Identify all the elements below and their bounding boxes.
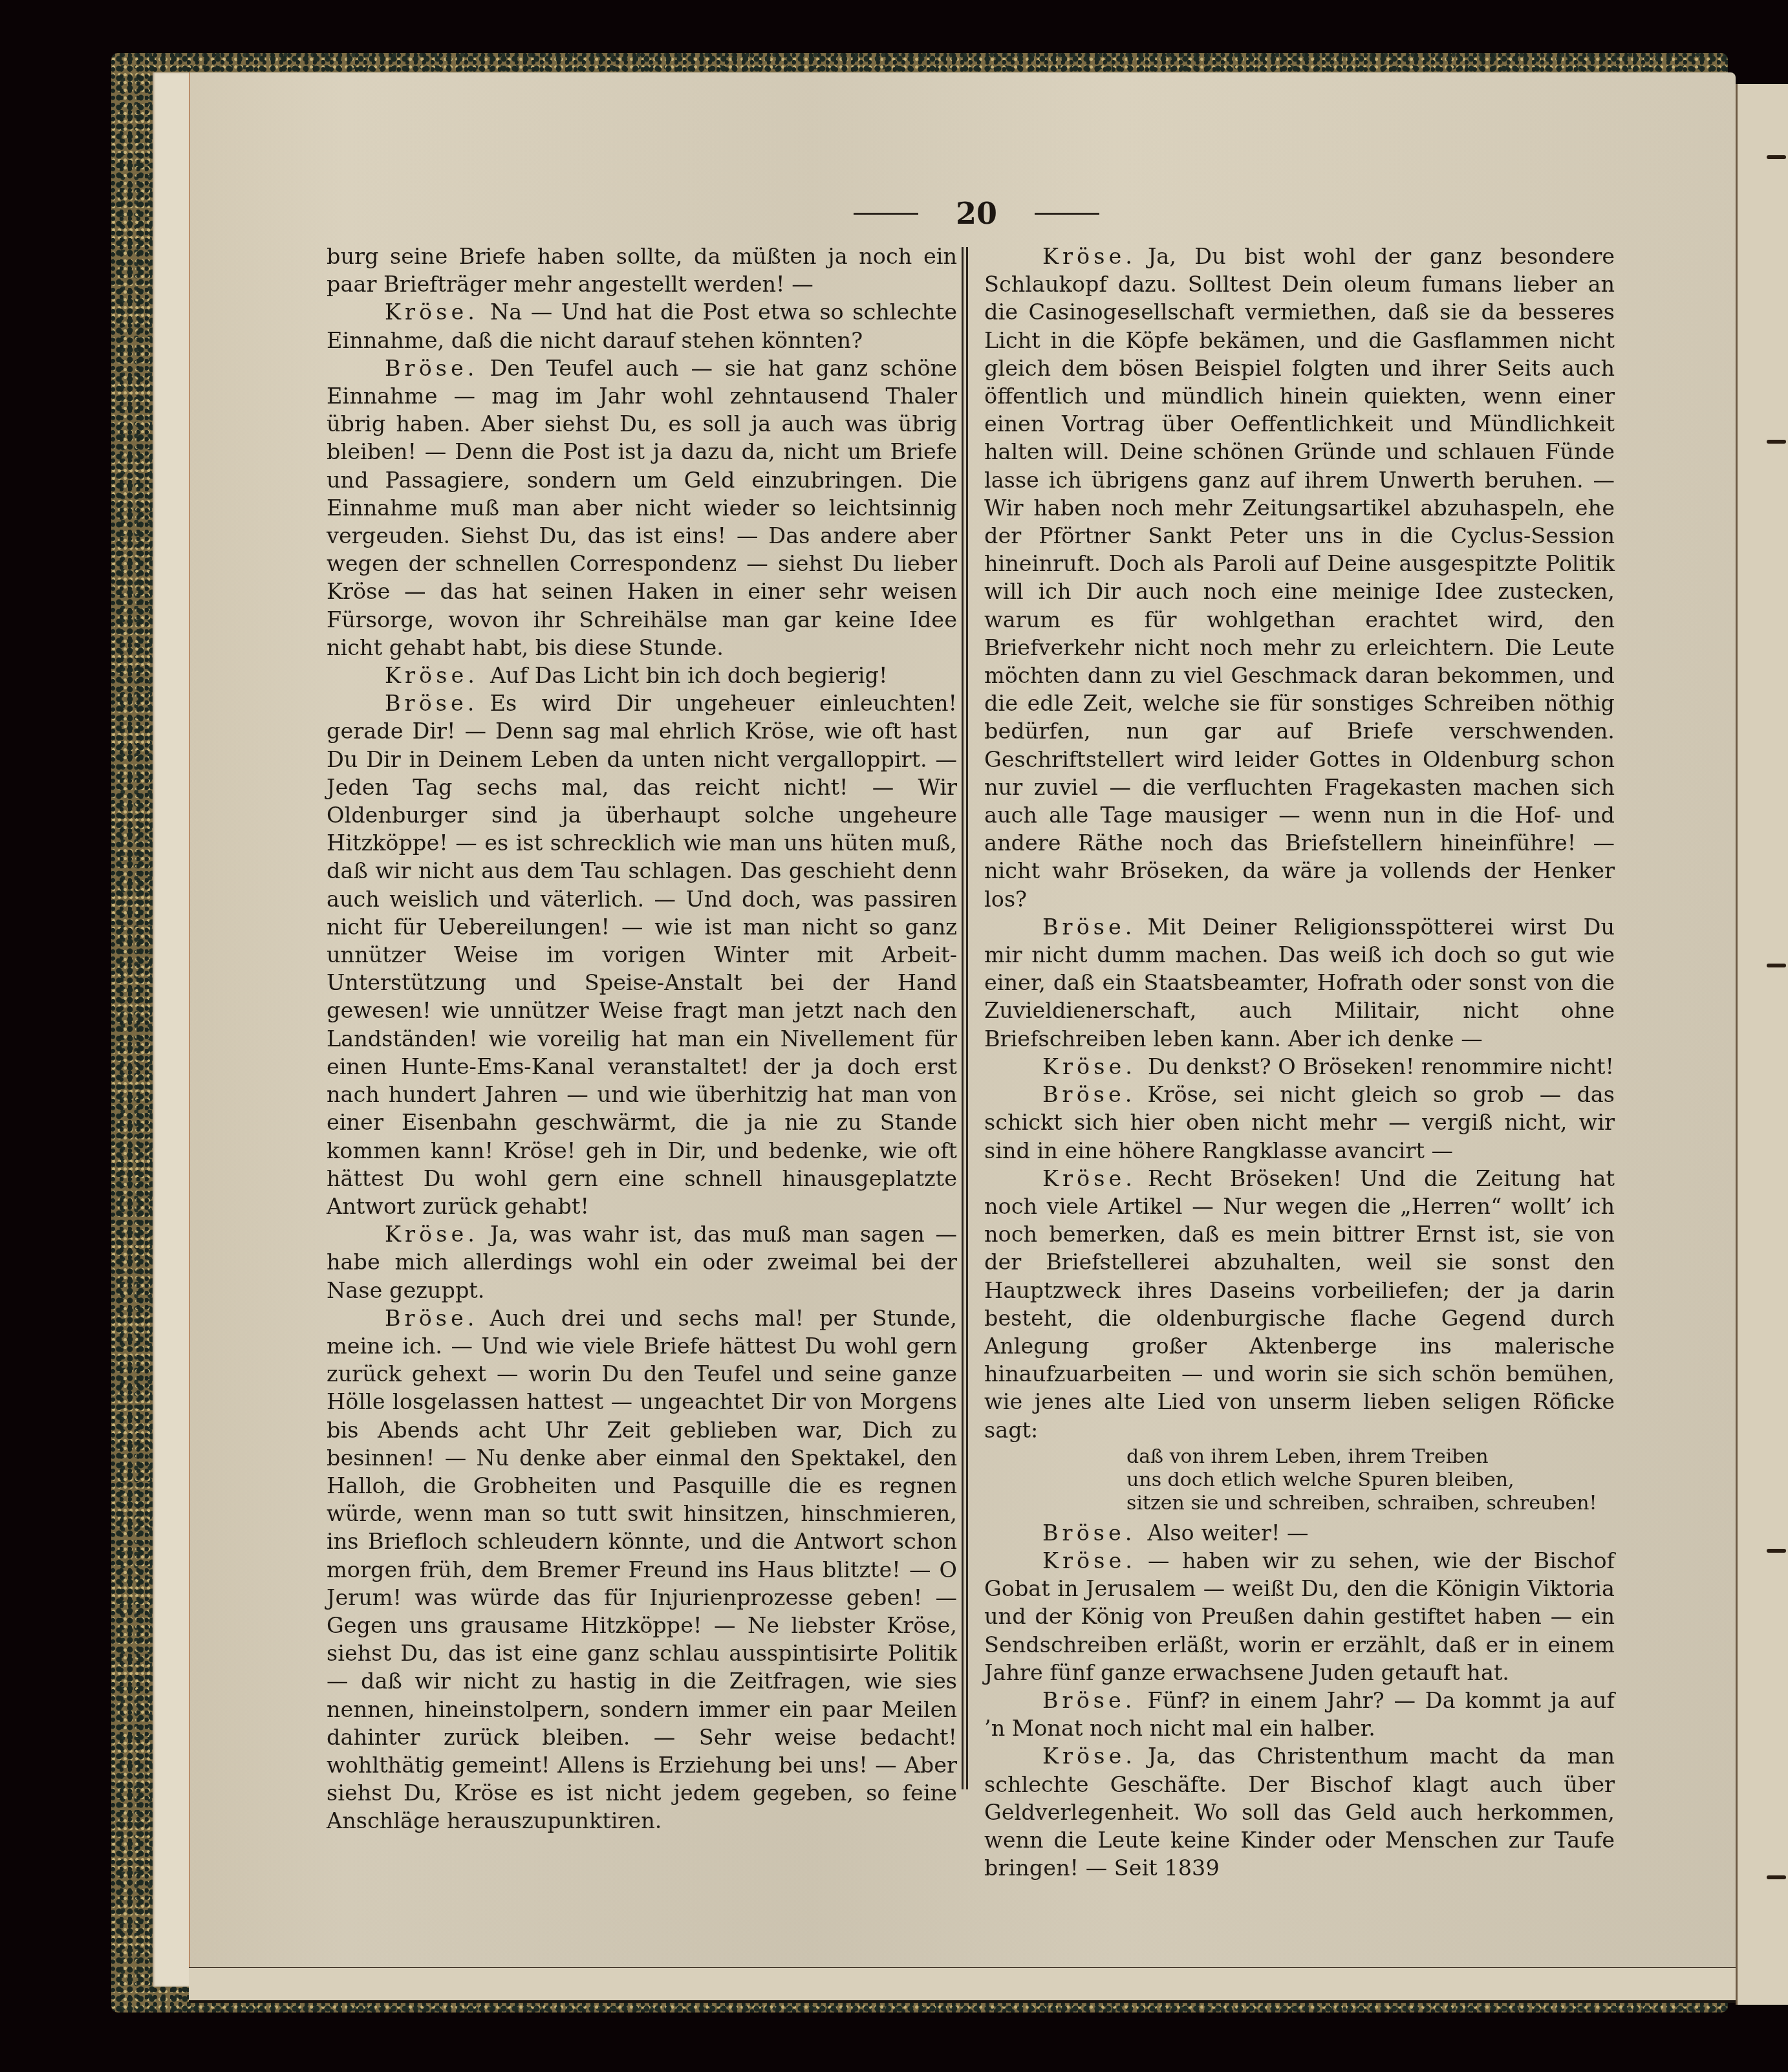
- speaker-name: Kröse.: [385, 1222, 479, 1247]
- paragraph-text: burg seine Briefe haben sollte, da müßte…: [327, 244, 957, 297]
- verse-line: sitzen sie und schreiben, schraiben, sch…: [1126, 1492, 1615, 1515]
- dialogue-paragraph: Kröse.Auf Das Licht bin ich doch begieri…: [327, 662, 957, 689]
- dialogue-paragraph: Bröse.Kröse, sei nicht gleich so grob — …: [984, 1081, 1615, 1165]
- paragraph-text: Recht Bröseken! Und die Zeitung hat noch…: [984, 1166, 1615, 1443]
- paragraph-text: Also weiter! —: [1147, 1520, 1308, 1546]
- binding-stitch: [1767, 1549, 1786, 1553]
- verse-line: daß von ihrem Leben, ihrem Treiben: [1126, 1445, 1615, 1469]
- verse-line: uns doch etlich welche Spuren bleiben,: [1126, 1469, 1615, 1492]
- binding-stitch: [1767, 155, 1786, 159]
- speaker-name: Kröse.: [1042, 244, 1136, 269]
- dialogue-paragraph: Bröse.Es wird Dir ungeheuer einleuchten!…: [327, 689, 957, 1220]
- verse-quote: daß von ihrem Leben, ihrem Treibenuns do…: [1126, 1445, 1615, 1515]
- page-number: 20: [956, 196, 997, 231]
- dialogue-paragraph: Kröse.Ja, was wahr ist, das muß man sage…: [327, 1220, 957, 1304]
- speaker-name: Bröse.: [1042, 1520, 1136, 1546]
- dialogue-paragraph: Bröse.Also weiter! —: [984, 1519, 1615, 1547]
- paragraph-text: Du denkst? O Bröseken! renommire nicht!: [1148, 1054, 1614, 1079]
- dialogue-paragraph: Kröse.Ja, das Christenthum macht da man …: [984, 1742, 1615, 1882]
- header-rule-left: [854, 213, 918, 215]
- speaker-name: Bröse.: [385, 691, 478, 716]
- paragraph-text: Es wird Dir ungeheuer einleuchten! gerad…: [327, 691, 957, 1219]
- binding-stitch: [1767, 440, 1786, 444]
- speaker-name: Bröse.: [1042, 1688, 1136, 1713]
- speaker-name: Kröse.: [1042, 1054, 1136, 1079]
- speaker-name: Kröse.: [1042, 1548, 1136, 1573]
- speaker-name: Bröse.: [1042, 914, 1136, 940]
- next-leaf-edge: [1736, 84, 1788, 2005]
- speaker-name: Kröse.: [385, 663, 479, 688]
- under-page-edge: [189, 1966, 1741, 2003]
- dialogue-paragraph: Kröse.Ja, Du bist wohl der ganz besonder…: [984, 243, 1615, 913]
- right-text-column: Kröse.Ja, Du bist wohl der ganz besonder…: [984, 243, 1615, 1882]
- header-rule-right: [1035, 213, 1099, 215]
- continued-paragraph: burg seine Briefe haben sollte, da müßte…: [327, 243, 957, 298]
- paragraph-text: Den Teufel auch — sie hat ganz schöne Ei…: [327, 356, 957, 660]
- dialogue-paragraph: Bröse.Auch drei und sechs mal! per Stund…: [327, 1304, 957, 1835]
- binding-stitch: [1767, 964, 1786, 967]
- paragraph-text: Auf Das Licht bin ich doch begierig!: [490, 663, 887, 688]
- speaker-name: Kröse.: [1042, 1166, 1136, 1191]
- dialogue-paragraph: Bröse.Mit Deiner Religionsspötterei wirs…: [984, 913, 1615, 1053]
- dialogue-paragraph: Bröse.Den Teufel auch — sie hat ganz sch…: [327, 354, 957, 662]
- paragraph-text: Auch drei und sechs mal! per Stunde, mei…: [327, 1306, 957, 1834]
- speaker-name: Bröse.: [385, 1306, 478, 1331]
- speaker-name: Kröse.: [385, 299, 479, 325]
- speaker-name: Bröse.: [1042, 1082, 1136, 1107]
- page-header: 20: [854, 194, 1099, 233]
- speaker-name: Kröse.: [1042, 1743, 1136, 1769]
- left-text-column: burg seine Briefe haben sollte, da müßte…: [327, 243, 957, 1835]
- dialogue-paragraph: Kröse.— haben wir zu sehen, wie der Bisc…: [984, 1547, 1615, 1687]
- dialogue-paragraph: Kröse.Na — Und hat die Post etwa so schl…: [327, 298, 957, 354]
- binding-stitch: [1767, 1875, 1786, 1879]
- paragraph-text: Ja, Du bist wohl der ganz besondere Schl…: [984, 244, 1615, 912]
- endpaper-strip: [153, 72, 193, 1987]
- dialogue-paragraph: Bröse.Fünf? in einem Jahr? — Da kommt ja…: [984, 1687, 1615, 1742]
- column-divider: [962, 247, 968, 1789]
- dialogue-paragraph: Kröse.Du denkst? O Bröseken! renommire n…: [984, 1053, 1615, 1081]
- speaker-name: Bröse.: [385, 356, 478, 381]
- dialogue-paragraph: Kröse.Recht Bröseken! Und die Zeitung ha…: [984, 1165, 1615, 1444]
